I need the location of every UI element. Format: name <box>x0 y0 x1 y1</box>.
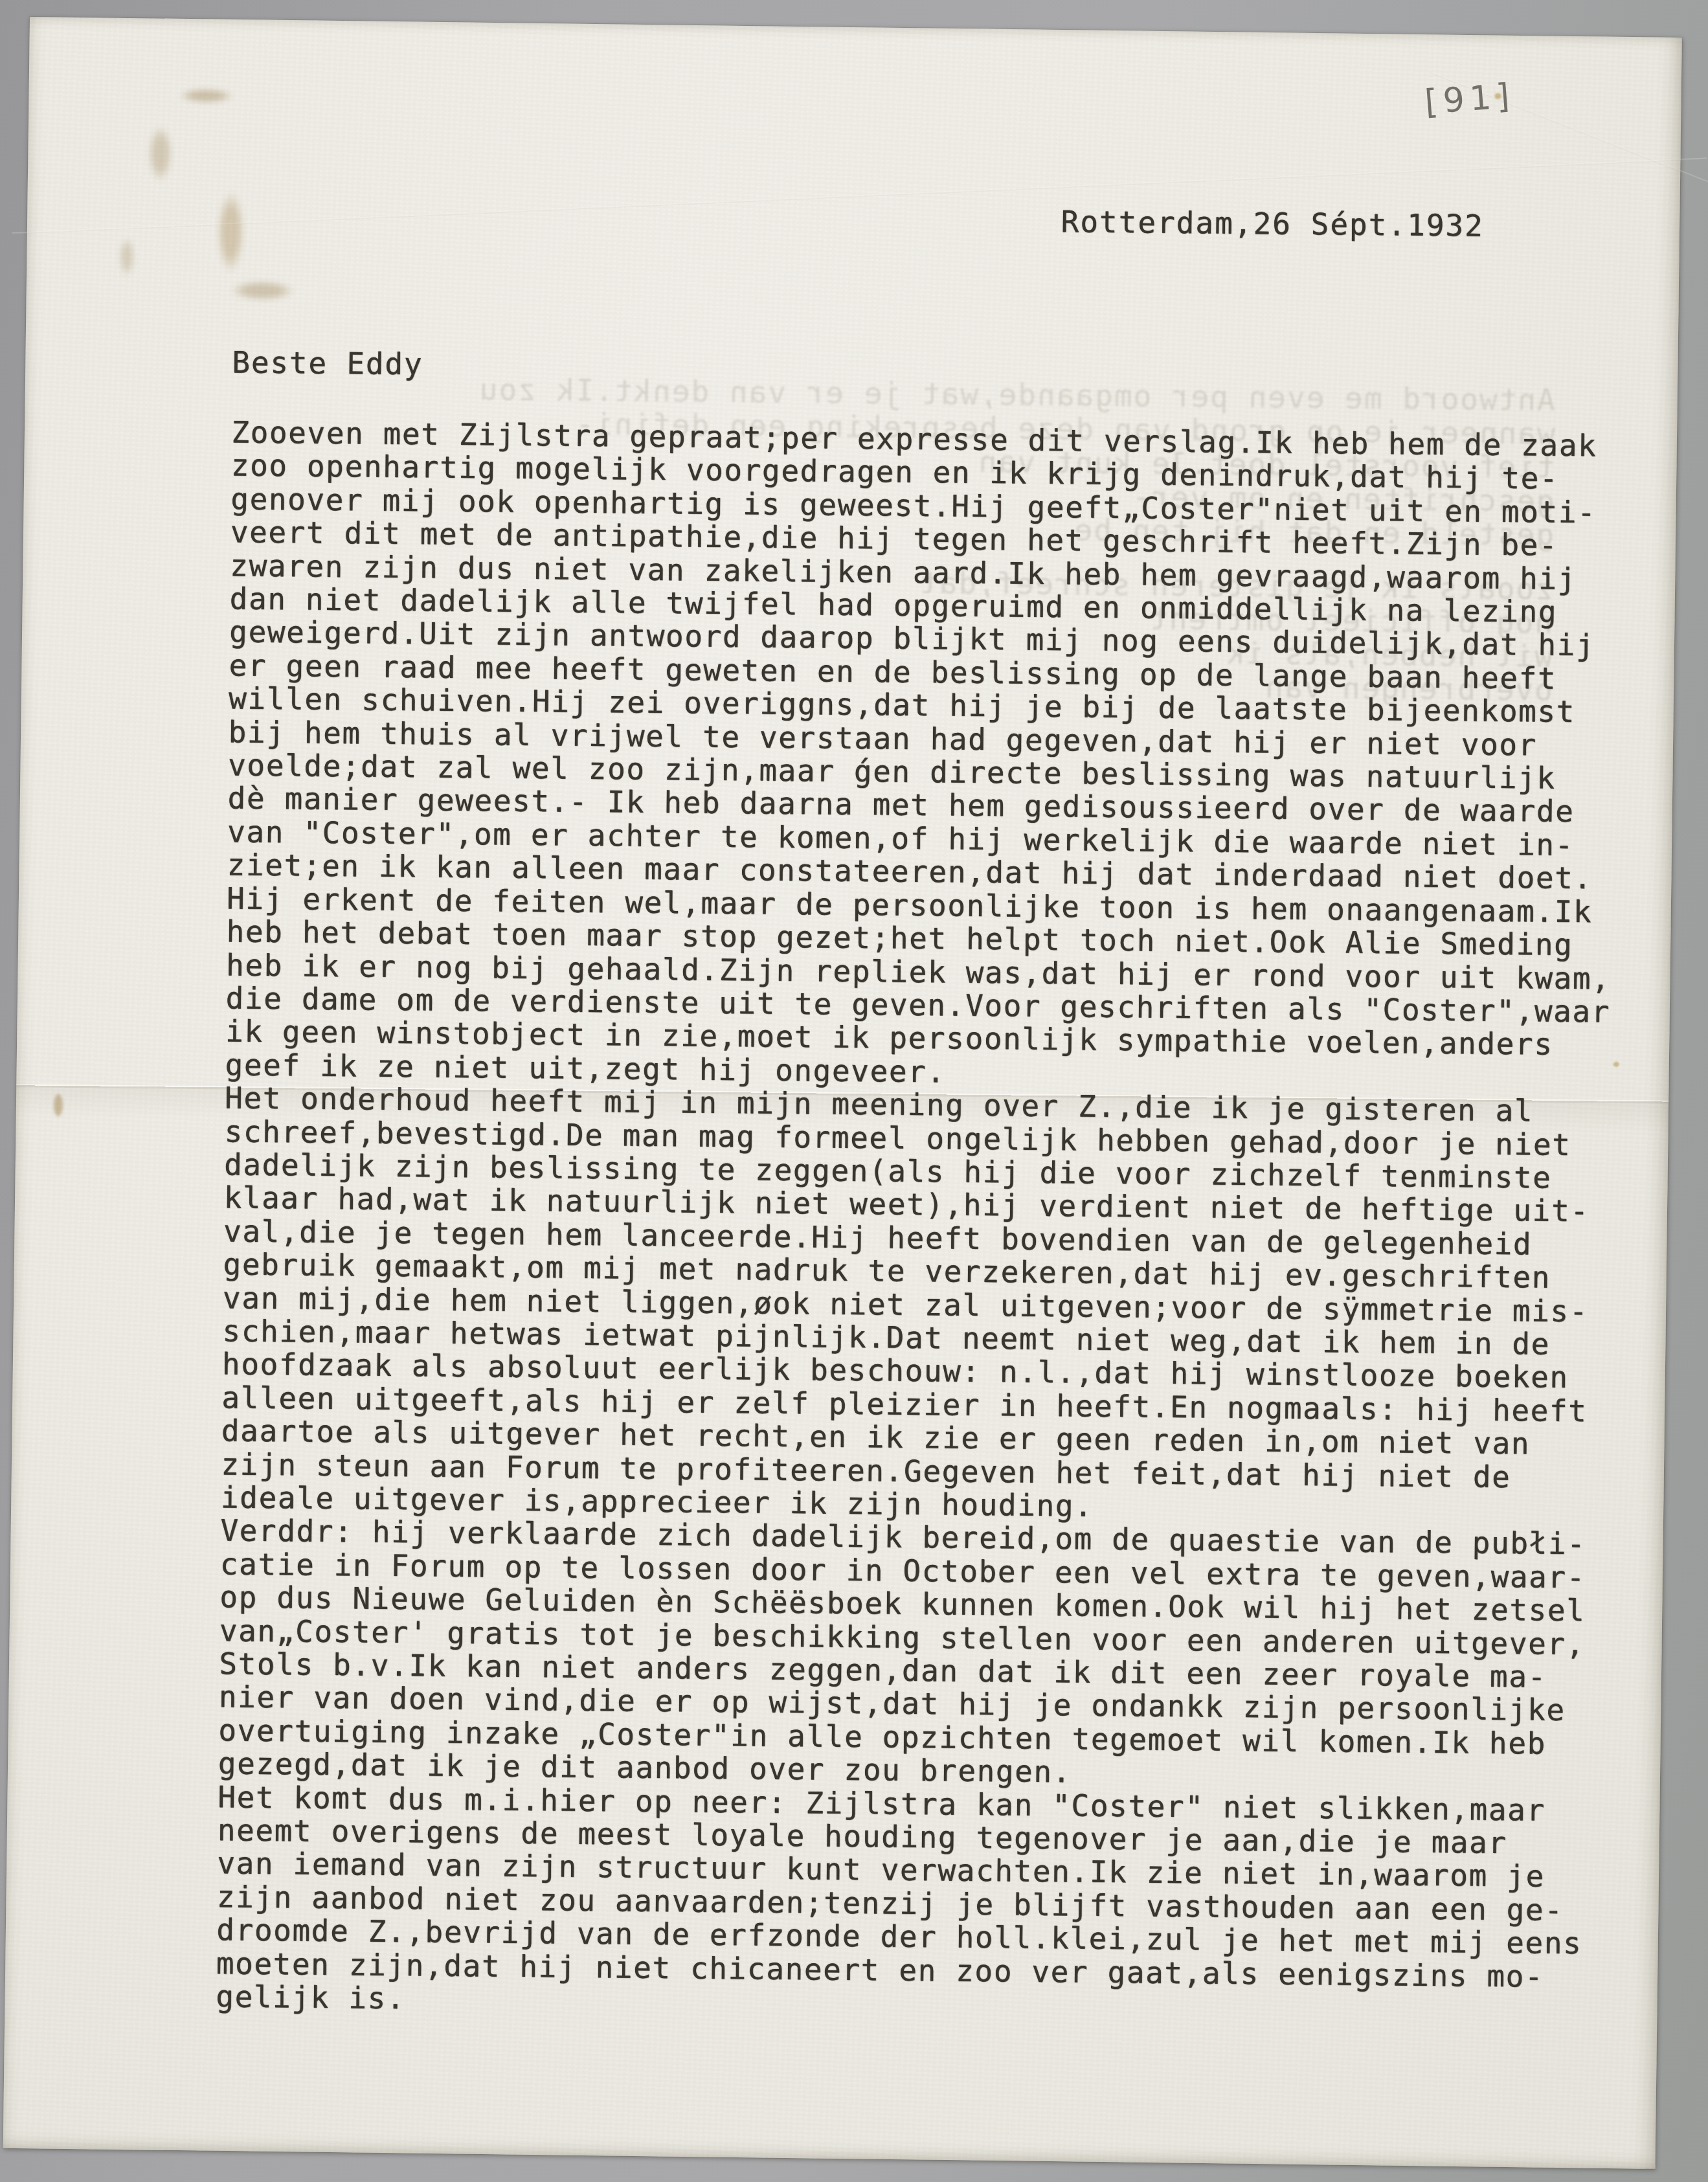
scan-canvas: { "scan": { "annotation_label": "[91]", … <box>0 0 1708 2182</box>
pencil-page-number: [91] <box>1423 76 1516 122</box>
letter-page: Antwoord me even per omgaande,wat je er … <box>3 17 1682 2169</box>
age-spot <box>54 1094 63 1116</box>
rust-stain <box>68 43 317 324</box>
letter-date: Rotterdam,26 Sépt.1932 <box>1061 204 1484 243</box>
letter-body: Zooeven met Zijlstra gepraat;per express… <box>216 416 1675 2028</box>
letter-salutation: Beste Eddy <box>232 344 423 381</box>
bleedthrough-line: Antwoord me even per omgaande,wat je er … <box>478 372 1555 418</box>
page-content: Antwoord me even per omgaande,wat je er … <box>6 19 1680 2166</box>
